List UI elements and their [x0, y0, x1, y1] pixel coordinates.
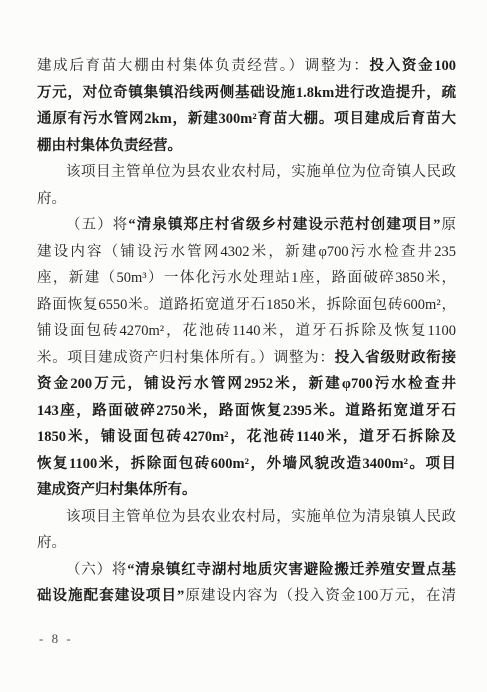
text-segment: 府。	[37, 535, 66, 551]
bold-text-segment: “清泉镇红寺湖村地质灾害避险搬迁养殖安置点基	[127, 562, 456, 578]
text-segment: 该项目主管单位为县农业农村局，实施单位为清泉镇人民政	[66, 509, 456, 525]
text-line: 础设施配套建设项目”原建设内容为（投入资金100万元，在清	[37, 583, 456, 610]
text-segment: 路面恢复6550米。道路拓宽道牙石1850米，拆除面包砖600m²，	[37, 297, 456, 313]
text-line: 143座，路面破碎2750米，路面恢复2395米。道路拓宽道牙石	[37, 398, 456, 425]
text-line: 府。	[37, 186, 456, 213]
text-line: 建设内容（铺设污水管网4302米，新建φ700污水检查井235	[37, 239, 456, 266]
text-line: 棚由村集体负责经营。	[37, 133, 456, 160]
bold-text-segment: 棚由村集体负责经营。	[37, 138, 182, 154]
text-line: 建成资产归村集体所有。	[37, 477, 456, 504]
bold-text-segment: 建成资产归村集体所有。	[37, 482, 197, 498]
text-segment: （六）将	[66, 562, 127, 578]
document-page: 建成后育苗大棚由村集体负责经营。）调整为：投入资金100万元，对位奇镇集镇沿线两…	[0, 0, 487, 692]
text-segment: 该项目主管单位为县农业农村局，实施单位为位奇镇人民政	[66, 164, 456, 180]
text-segment: 府。	[37, 191, 66, 207]
text-line: 铺设面包砖4270m²，花池砖1140米，道牙石拆除及恢复1100	[37, 318, 456, 345]
text-line: 通原有污水管网2km，新建300m²育苗大棚。项目建成后育苗大	[37, 106, 456, 133]
text-segment: （五）将	[66, 217, 128, 233]
bold-text-segment: 础设施配套建设项目”	[37, 588, 184, 604]
text-line: 座，新建（50m³）一体化污水处理站1座，路面破碎3850米，	[37, 265, 456, 292]
bold-text-segment: 投入资金100	[370, 58, 456, 74]
bold-text-segment: 通原有污水管网2km，新建300m²育苗大棚。项目建成后育苗大	[37, 111, 456, 127]
text-segment: 建成后育苗大棚由村集体负责经营。）调整为：	[37, 58, 370, 74]
text-segment: 原	[440, 217, 456, 233]
bold-text-segment: 投入省级财政衔接	[335, 350, 456, 366]
bold-text-segment: 资金200万元，铺设污水管网2952米，新建φ700污水检查井	[37, 376, 456, 392]
bold-text-segment: 143座，路面破碎2750米，路面恢复2395米。道路拓宽道牙石	[37, 403, 456, 419]
text-segment: 铺设面包砖4270m²，花池砖1140米，道牙石拆除及恢复1100	[37, 323, 456, 339]
bold-text-segment: 万元，对位奇镇集镇沿线两侧基础设施1.8km进行改造提升，疏	[37, 85, 456, 101]
text-line: （六）将“清泉镇红寺湖村地质灾害避险搬迁养殖安置点基	[37, 557, 456, 584]
bold-text-segment: 1850米，铺设面包砖4270m²，花池砖1140米，道牙石拆除及	[37, 429, 456, 445]
text-segment: 座，新建（50m³）一体化污水处理站1座，路面破碎3850米，	[37, 270, 456, 286]
bold-text-segment: “清泉镇郑庄村省级乡村建设示范村创建项目”	[128, 217, 440, 233]
text-line: 1850米，铺设面包砖4270m²，花池砖1140米，道牙石拆除及	[37, 424, 456, 451]
text-line: 资金200万元，铺设污水管网2952米，新建φ700污水检查井	[37, 371, 456, 398]
text-line: 府。	[37, 530, 456, 557]
text-line: （五）将“清泉镇郑庄村省级乡村建设示范村创建项目”原	[37, 212, 456, 239]
text-segment: 米。项目建成资产归村集体所有。）调整为：	[37, 350, 335, 366]
text-line: 恢复1100米，拆除面包砖600m²，外墙风貌改造3400m²。项目	[37, 451, 456, 478]
text-line: 建成后育苗大棚由村集体负责经营。）调整为：投入资金100	[37, 53, 456, 80]
bold-text-segment: 恢复1100米，拆除面包砖600m²，外墙风貌改造3400m²。项目	[37, 456, 456, 472]
text-line: 米。项目建成资产归村集体所有。）调整为：投入省级财政衔接	[37, 345, 456, 372]
text-segment: 原建设内容为（投入资金100万元，在清	[184, 588, 456, 604]
text-line: 该项目主管单位为县农业农村局，实施单位为位奇镇人民政	[37, 159, 456, 186]
text-line: 万元，对位奇镇集镇沿线两侧基础设施1.8km进行改造提升，疏	[37, 80, 456, 107]
text-line: 该项目主管单位为县农业农村局，实施单位为清泉镇人民政	[37, 504, 456, 531]
text-segment: 建设内容（铺设污水管网4302米，新建φ700污水检查井235	[37, 244, 456, 260]
page-number: - 8 -	[39, 631, 73, 646]
document-body: 建成后育苗大棚由村集体负责经营。）调整为：投入资金100万元，对位奇镇集镇沿线两…	[37, 53, 456, 610]
text-line: 路面恢复6550米。道路拓宽道牙石1850米，拆除面包砖600m²，	[37, 292, 456, 319]
